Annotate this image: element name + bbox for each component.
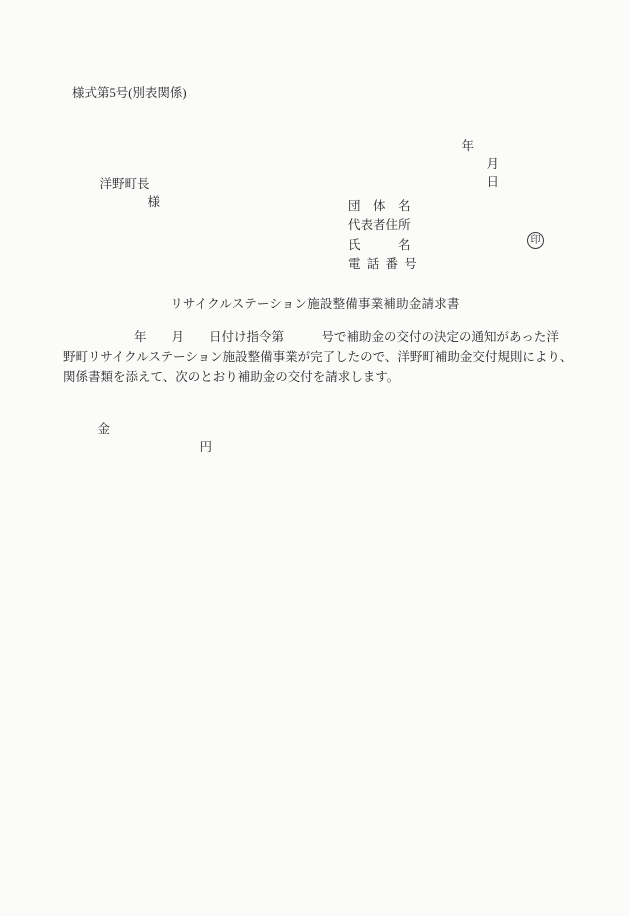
body-line: 野町リサイクルステーション施設整備事業が完了したので、洋野町補助金交付規則により… bbox=[63, 347, 569, 367]
addressee-honorific: 様 bbox=[148, 195, 161, 209]
amount-line: 金 円 bbox=[85, 404, 212, 470]
applicant-field-name: 氏 名 bbox=[348, 236, 417, 255]
document-title: リサイクルステーション施設整備事業補助金請求書 bbox=[0, 294, 630, 312]
body-line: 年 月 日付け指令第 号で補助金の交付の決定の通知があった洋 bbox=[63, 327, 569, 347]
addressee-line: 洋野町長 様 bbox=[87, 159, 160, 225]
applicant-info-block: 団 体 名 代表者住所 氏 名 電 話 番 号 bbox=[348, 197, 417, 275]
body-paragraph: 年 月 日付け指令第 号で補助金の交付の決定の通知があった洋 野町リサイクルステ… bbox=[63, 327, 569, 387]
addressee-name: 洋野町長 bbox=[100, 177, 150, 191]
date-day-label: 日 bbox=[487, 175, 500, 189]
body-line: 関係書類を添えて、次のとおり補助金の交付を請求します。 bbox=[63, 367, 569, 387]
date-line: 年 月 日 bbox=[449, 121, 499, 205]
applicant-field-phone-number: 電 話 番 号 bbox=[348, 255, 417, 274]
applicant-field-representative-address: 代表者住所 bbox=[348, 216, 417, 235]
date-month-label: 月 bbox=[487, 157, 500, 171]
document-page: 様式第5号(別表関係) 年 月 日 洋野町長 様 団 体 名 代表者住所 氏 名… bbox=[0, 0, 630, 916]
amount-currency-label: 金 bbox=[98, 422, 111, 436]
seal-mark: 印 bbox=[527, 232, 544, 249]
seal-character: 印 bbox=[531, 236, 541, 246]
date-year-label: 年 bbox=[462, 139, 475, 153]
amount-unit-label: 円 bbox=[200, 440, 213, 454]
applicant-field-organization-name: 団 体 名 bbox=[348, 197, 417, 216]
form-number: 様式第5号(別表関係) bbox=[72, 83, 187, 101]
